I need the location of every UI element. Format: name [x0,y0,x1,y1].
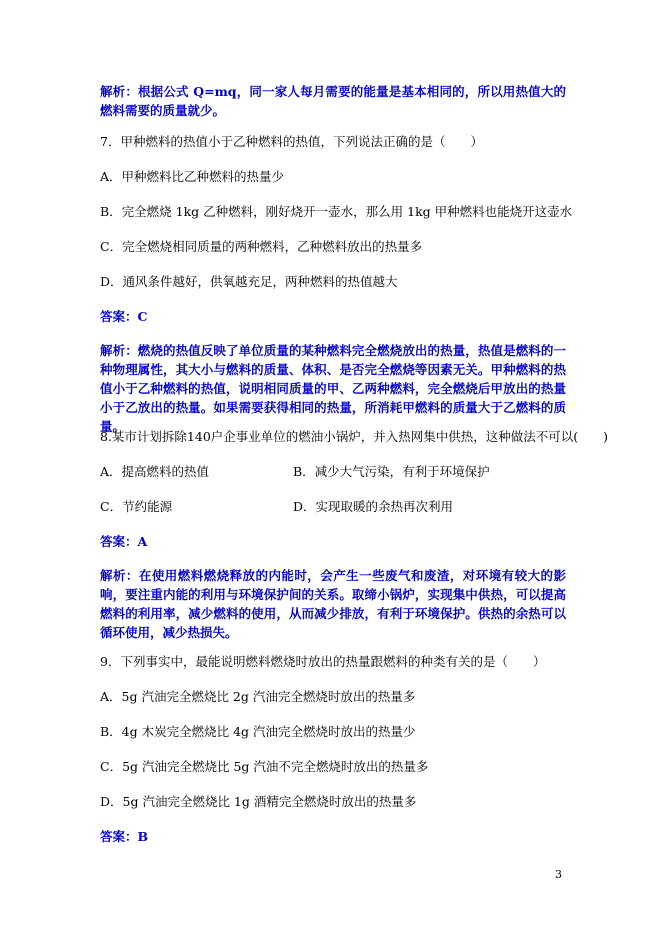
q7-answer: 答案：C [100,309,147,325]
q7-option-b: B．完全燃烧 1kg 乙种燃料，刚好烧开一壶水，那么用 1kg 甲种燃料也能烧开… [100,204,572,220]
q8-option-d: D．实现取暖的余热再次利用 [293,499,453,515]
document-page: 解析：根据公式 Q=mq，同一家人每月需要的能量是基本相同的，所以用热值大的燃料… [0,0,661,935]
q7-analysis: 解析：燃烧的热值反映了单位质量的某种燃料完全燃烧放出的热量，热值是燃料的一种物理… [100,341,566,436]
page-number: 3 [555,868,562,881]
q8-question: 8.某市计划拆除140户企事业单位的燃油小锅炉，并入热网集中供热，这种做法不可以… [100,429,608,445]
q9-option-a: A．5g 汽油完全燃烧比 2g 汽油完全燃烧时放出的热量多 [100,689,415,705]
q9-answer: 答案：B [100,829,148,845]
q7-option-d: D．通风条件越好，供氧越充足，两种燃料的热值越大 [100,274,398,290]
q8-option-b: B．减少大气污染，有利于环境保护 [293,464,490,480]
q9-option-d: D．5g 汽油完全燃烧比 1g 酒精完全燃烧时放出的热量多 [100,794,416,810]
q7-option-c: C．完全燃烧相同质量的两种燃料，乙种燃料放出的热量多 [100,239,422,255]
q9-question: 9．下列事实中，最能说明燃料燃烧时放出的热量跟燃料的种类有关的是（ ） [100,654,545,670]
analysis-q6: 解析：根据公式 Q=mq，同一家人每月需要的能量是基本相同的，所以用热值大的燃料… [100,82,566,120]
q8-option-c: C．节约能源 [100,499,172,515]
q8-answer: 答案：A [100,534,147,550]
q8-analysis: 解析：在使用燃料燃烧释放的内能时，会产生一些废气和废渣，对环境有较大的影响，要注… [100,566,566,642]
q9-option-c: C．5g 汽油完全燃烧比 5g 汽油不完全燃烧时放出的热量多 [100,759,428,775]
q7-option-a: A．甲种燃料比乙种燃料的热量少 [100,169,284,185]
q7-question: 7．甲种燃料的热值小于乙种燃料的热值，下列说法正确的是（ ） [100,134,483,150]
q9-option-b: B．4g 木炭完全燃烧比 4g 汽油完全燃烧时放出的热量少 [100,724,416,740]
q8-option-a: A．提高燃料的热值 [100,464,209,480]
